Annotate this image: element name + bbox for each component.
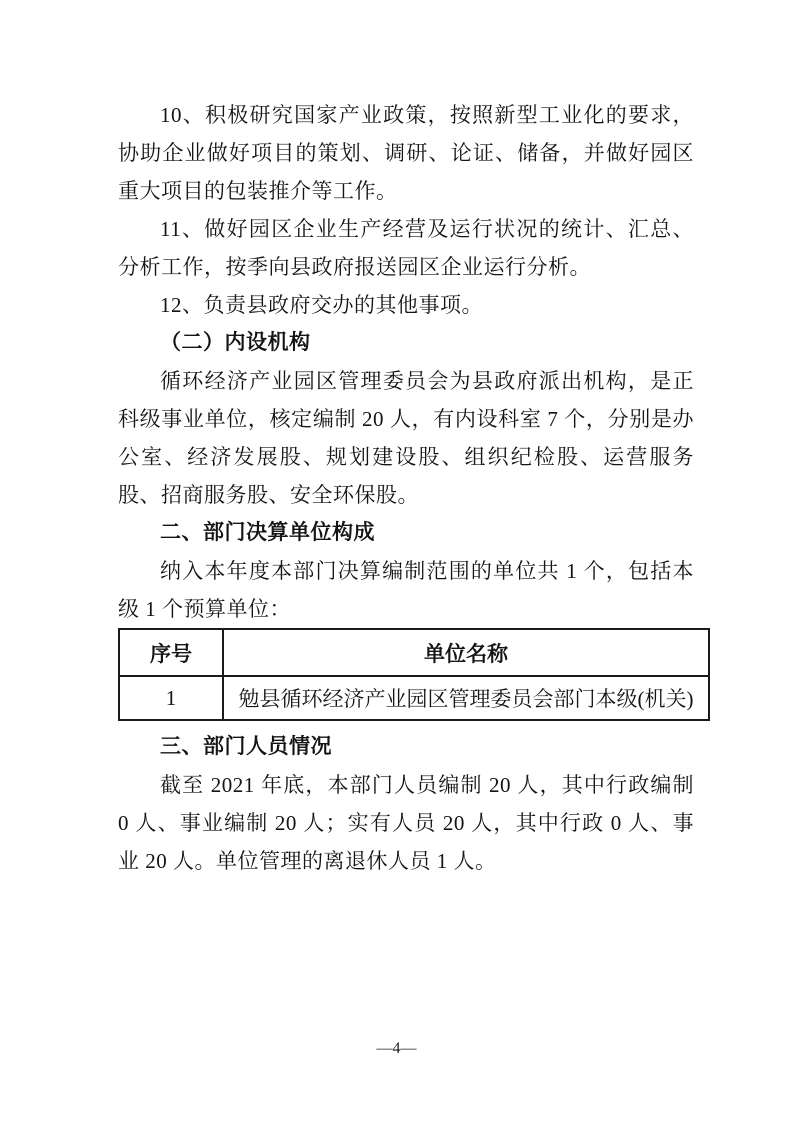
paragraph-unit-composition: 纳入本年度本部门决算编制范围的单位共 1 个，包括本级 1 个预算单位： xyxy=(118,552,694,628)
heading-unit-composition: 二、部门决算单位构成 xyxy=(118,514,694,552)
table-header-index: 序号 xyxy=(119,629,223,676)
table-header-row: 序号 单位名称 xyxy=(119,629,709,676)
document-body: 10、积极研究国家产业政策，按照新型工业化的要求，协助企业做好项目的策划、调研、… xyxy=(118,96,694,880)
table-row: 1 勉县循环经济产业园区管理委员会部门本级(机关) xyxy=(119,676,709,720)
page-number: —4— xyxy=(377,1040,417,1057)
paragraph-duty-12: 12、负责县政府交办的其他事项。 xyxy=(118,286,694,324)
budget-unit-table: 序号 单位名称 1 勉县循环经济产业园区管理委员会部门本级(机关) xyxy=(118,628,710,721)
document-page: 10、积极研究国家产业政策，按照新型工业化的要求，协助企业做好项目的策划、调研、… xyxy=(0,0,793,1122)
table-header-unit-name: 单位名称 xyxy=(223,629,709,676)
paragraph-personnel: 截至 2021 年底，本部门人员编制 20 人，其中行政编制 0 人、事业编制 … xyxy=(118,766,694,880)
paragraph-duty-11: 11、做好园区企业生产经营及运行状况的统计、汇总、分析工作，按季向县政府报送园区… xyxy=(118,210,694,286)
table-cell-unit-name: 勉县循环经济产业园区管理委员会部门本级(机关) xyxy=(223,676,709,720)
paragraph-internal-organs: 循环经济产业园区管理委员会为县政府派出机构，是正科级事业单位，核定编制 20 人… xyxy=(118,362,694,514)
page-footer: —4— xyxy=(0,1040,793,1058)
paragraph-duty-10: 10、积极研究国家产业政策，按照新型工业化的要求，协助企业做好项目的策划、调研、… xyxy=(118,96,694,210)
heading-personnel: 三、部门人员情况 xyxy=(118,728,694,766)
table-cell-index: 1 xyxy=(119,676,223,720)
heading-internal-organs: （二）内设机构 xyxy=(118,324,694,362)
